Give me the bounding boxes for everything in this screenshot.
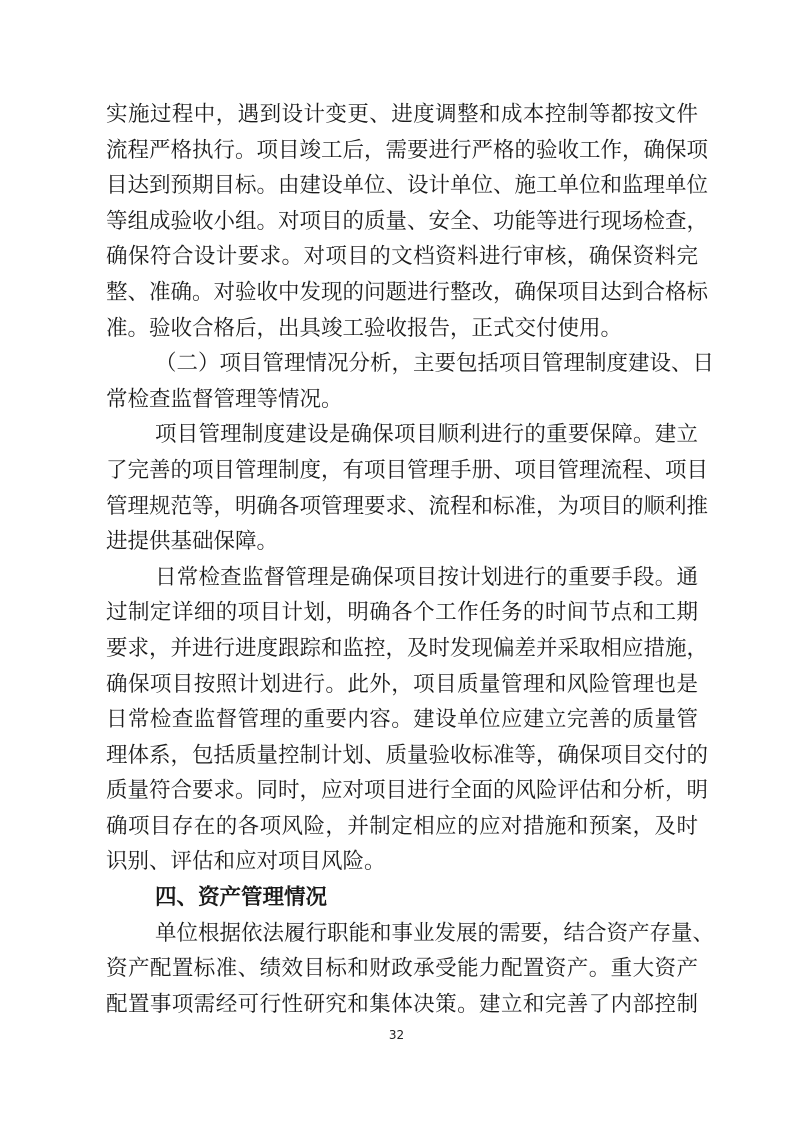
text-line: 目达到预期目标。由建设单位、设计单位、施工单位和监理单位 (106, 168, 698, 204)
text-line: 日常检查监督管理的重要内容。建设单位应建立完善的质量管 (106, 702, 698, 738)
document-page: 实施过程中，遇到设计变更、进度调整和成本控制等都按文件 流程严格执行。项目竣工后… (0, 0, 793, 1122)
text-line: 过制定详细的项目计划，明确各个工作任务的时间节点和工期 (106, 595, 698, 631)
text-line: 进提供基础保障。 (106, 524, 698, 560)
text-line: 了完善的项目管理制度，有项目管理手册、项目管理流程、项目 (106, 453, 698, 489)
text-line: 常检查监督管理等情况。 (106, 382, 698, 418)
page-number: 32 (0, 1028, 793, 1042)
text-line: 确保符合设计要求。对项目的文档资料进行审核，确保资料完 (106, 239, 698, 275)
text-line: 管理规范等，明确各项管理要求、流程和标准，为项目的顺利推 (106, 489, 698, 525)
text-line: 确项目存在的各项风险，并制定相应的应对措施和预案，及时 (106, 809, 698, 845)
text-line: 配置事项需经可行性研究和集体决策。建立和完善了内部控制 (106, 987, 698, 1023)
text-line: 流程严格执行。项目竣工后，需要进行严格的验收工作，确保项 (106, 133, 698, 169)
paragraph-start-line: 项目管理制度建设是确保项目顺利进行的重要保障。建立 (106, 417, 698, 453)
text-line: 实施过程中，遇到设计变更、进度调整和成本控制等都按文件 (106, 97, 698, 133)
text-line: 识别、评估和应对项目风险。 (106, 844, 698, 880)
paragraph-start-line: 单位根据依法履行职能和事业发展的需要，结合资产存量、 (106, 916, 698, 952)
text-line: 理体系，包括质量控制计划、质量验收标准等，确保项目交付的 (106, 738, 698, 774)
text-line: 确保项目按照计划进行。此外，项目质量管理和风险管理也是 (106, 667, 698, 703)
text-line: 资产配置标准、绩效目标和财政承受能力配置资产。重大资产 (106, 951, 698, 987)
section-heading: 四、资产管理情况 (106, 880, 698, 916)
text-line: 要求，并进行进度跟踪和监控，及时发现偏差并采取相应措施， (106, 631, 698, 667)
text-line: 整、准确。对验收中发现的问题进行整改，确保项目达到合格标 (106, 275, 698, 311)
paragraph-start-line: 日常检查监督管理是确保项目按计划进行的重要手段。通 (106, 560, 698, 596)
text-line: 等组成验收小组。对项目的质量、安全、功能等进行现场检查， (106, 204, 698, 240)
text-line: 准。验收合格后，出具竣工验收报告，正式交付使用。 (106, 311, 698, 347)
document-body: 实施过程中，遇到设计变更、进度调整和成本控制等都按文件 流程严格执行。项目竣工后… (106, 97, 698, 1022)
text-line: 质量符合要求。同时，应对项目进行全面的风险评估和分析，明 (106, 773, 698, 809)
subsection-line: （二）项目管理情况分析，主要包括项目管理制度建设、日 (106, 346, 698, 382)
